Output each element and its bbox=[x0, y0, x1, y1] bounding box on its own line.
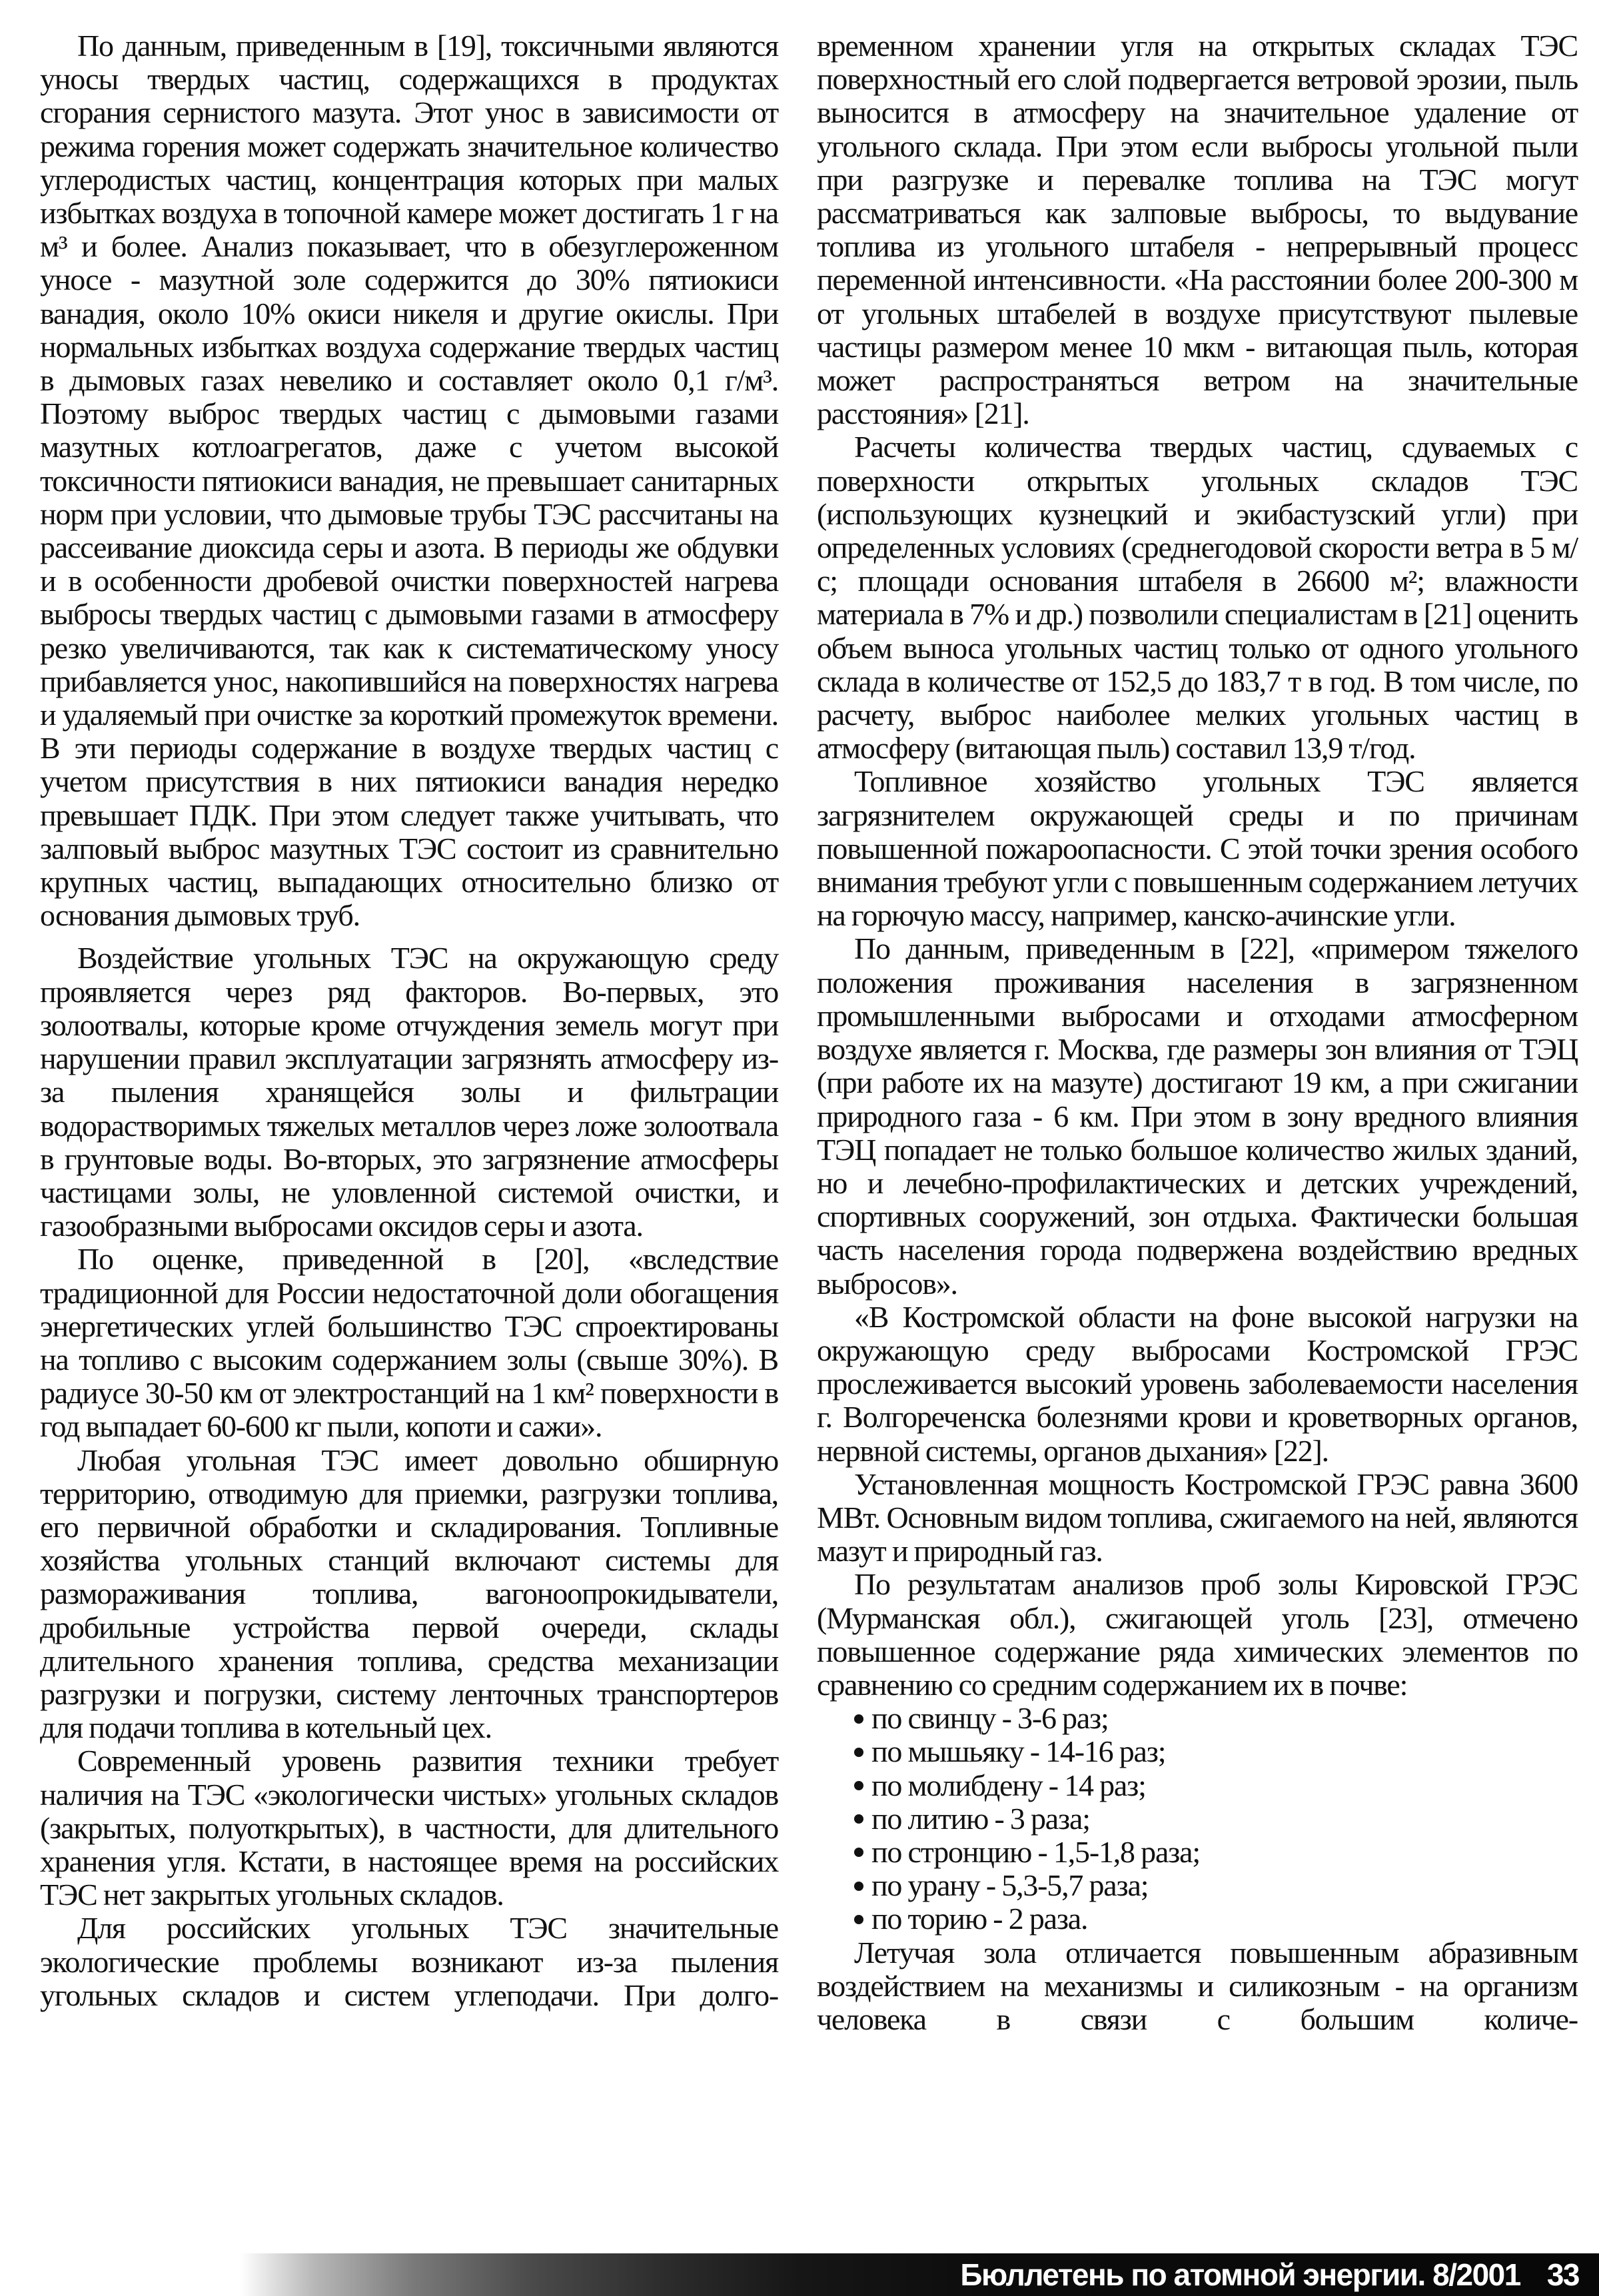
bullet-icon bbox=[854, 1848, 863, 1857]
list-item: по свинцу - 3-6 раз; bbox=[854, 1702, 1578, 1735]
paragraph-kostroma-quote: «В Костромской области на фоне высокой н… bbox=[817, 1301, 1578, 1468]
bullet-icon bbox=[854, 1814, 863, 1824]
list-item: по стронцию - 1,5-1,8 раза; bbox=[854, 1836, 1578, 1869]
paragraph-fire-hazard: Топливное хозяйство угольных ТЭС являетс… bbox=[817, 765, 1578, 932]
paragraph-coal-dust-problems: Для российских угольных ТЭС значительные… bbox=[40, 1912, 778, 2012]
paragraph-kirov-ash-analysis: По результатам анализов проб золы Кировс… bbox=[817, 1568, 1578, 1702]
paragraph-fly-ash-abrasive: Летучая зола отличается повышенным абраз… bbox=[817, 1936, 1578, 2037]
list-item: по литию - 3 раза; bbox=[854, 1802, 1578, 1836]
paragraph-ash-fallout-estimate: По оценке, приведенной в [20], «вследств… bbox=[40, 1243, 778, 1443]
bullet-icon bbox=[854, 1882, 863, 1891]
paragraph-kostroma-capacity: Установленная мощность Костромской ГРЭС … bbox=[817, 1468, 1578, 1568]
page-number: 33 bbox=[1547, 2257, 1579, 2292]
paragraph-coal-tes-impact: Воздействие угольных ТЭС на окружающую с… bbox=[40, 941, 778, 1243]
document-page: По данным, приведенным в [19], токсичным… bbox=[0, 0, 1599, 2296]
element-excess-list: по свинцу - 3-6 раз; по мышьяку - 14-16 … bbox=[817, 1702, 1578, 1936]
bullet-icon bbox=[854, 1748, 863, 1757]
paragraph-vanadium-emissions: По данным, приведенным в [19], токсичным… bbox=[40, 29, 778, 932]
paragraph-wind-erosion: временном хранении угля на открытых скла… bbox=[817, 29, 1578, 430]
bullet-icon bbox=[854, 1714, 863, 1724]
journal-issue-label: Бюллетень по атомной энергии. 8/2001 bbox=[960, 2257, 1520, 2292]
right-column: временном хранении угля на открытых скла… bbox=[817, 29, 1578, 2036]
paragraph-clean-coal-storage: Современный уровень развития техники тре… bbox=[40, 1744, 778, 1912]
paragraph-fuel-handling-territory: Любая угольная ТЭС имеет довольно обширн… bbox=[40, 1444, 778, 1745]
paragraph-moscow-example: По данным, приведенным в [22], «примером… bbox=[817, 932, 1578, 1300]
list-item: по торию - 2 раза. bbox=[854, 1902, 1578, 1936]
bullet-icon bbox=[854, 1915, 863, 1924]
paragraph-particle-calculations: Расчеты количества твердых частиц, сдува… bbox=[817, 430, 1578, 765]
bullet-icon bbox=[854, 1781, 863, 1790]
running-footer: Бюллетень по атомной энергии. 8/200133 bbox=[960, 2253, 1579, 2296]
left-column: По данным, приведенным в [19], токсичным… bbox=[40, 29, 778, 2012]
list-item: по урану - 5,3-5,7 раза; bbox=[854, 1869, 1578, 1902]
list-item: по молибдену - 14 раз; bbox=[854, 1769, 1578, 1802]
list-item: по мышьяку - 14-16 раз; bbox=[854, 1735, 1578, 1768]
